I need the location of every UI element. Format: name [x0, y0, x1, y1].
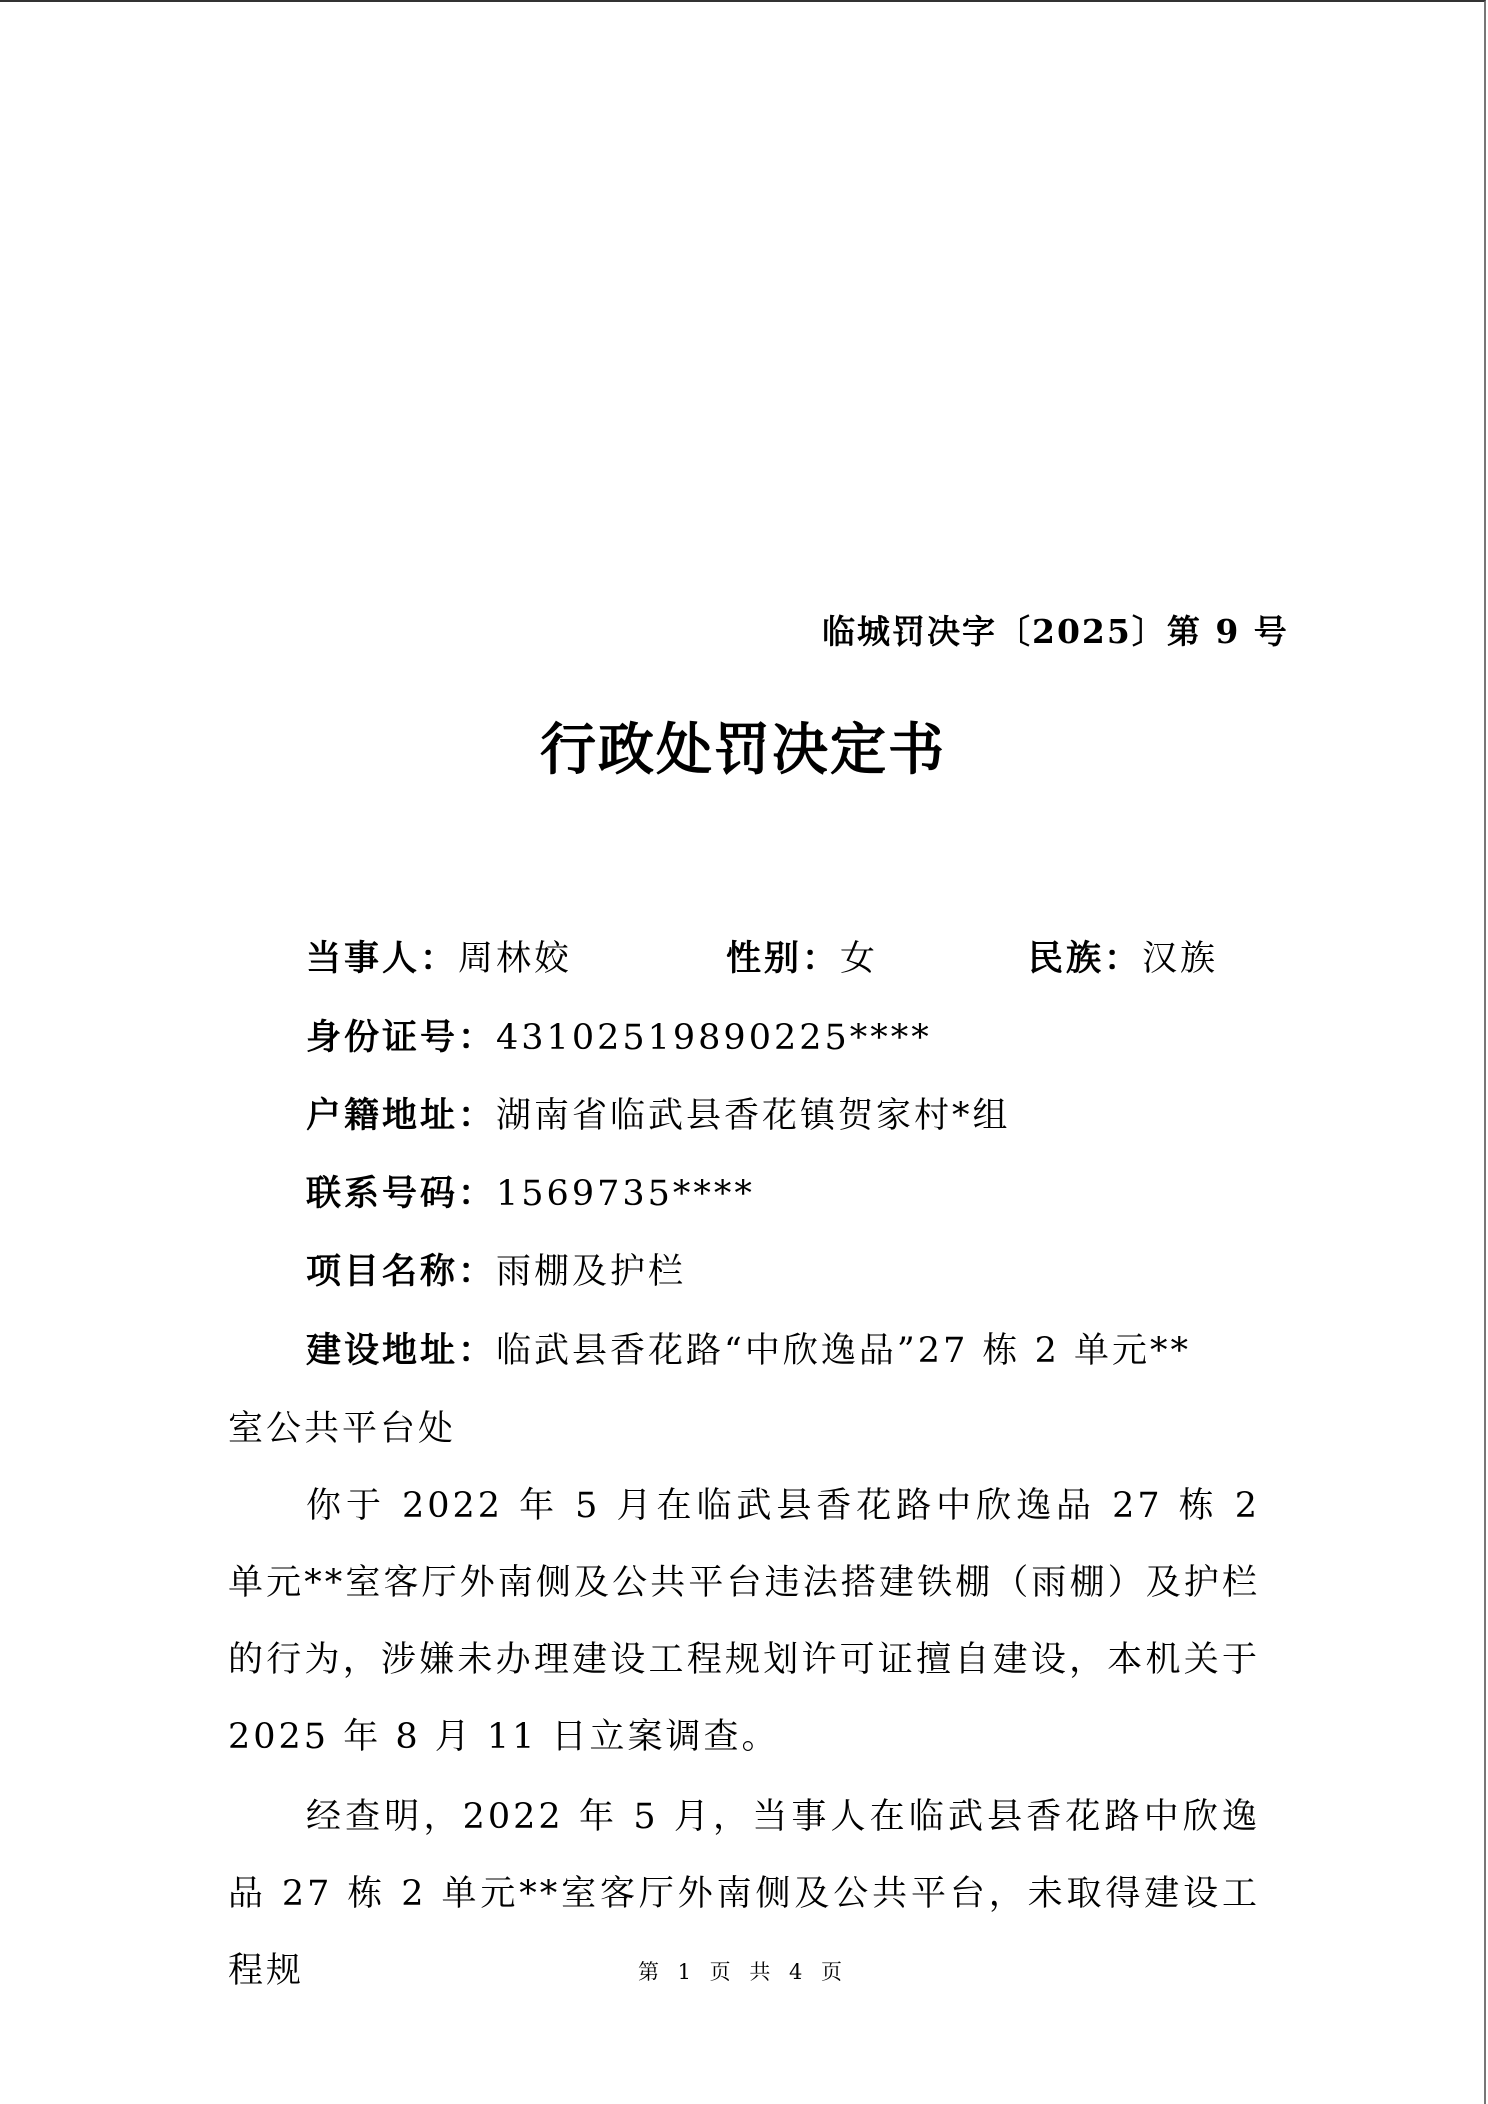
- party-value: 周林姣: [458, 939, 572, 979]
- document-number: 临城罚决字〔2025〕第 9 号: [822, 606, 1289, 653]
- household-address-field: 户籍地址：湖南省临武县香花镇贺家村*组: [306, 1096, 1011, 1136]
- case-paragraph: 你于 2022 年 5 月在临武县香花路中欣逸品 27 栋 2 单元**室客厅外…: [228, 1468, 1260, 1776]
- ethnicity-field: 民族：汉族: [1028, 939, 1218, 979]
- construction-address-label: 建设地址：: [306, 1331, 496, 1371]
- household-address-value: 湖南省临武县香花镇贺家村*组: [496, 1096, 1011, 1136]
- id-number-field: 身份证号：43102519890225****: [306, 1018, 932, 1058]
- page-footer: 第 1 页 共 4 页: [0, 1956, 1486, 1986]
- project-name-field: 项目名称：雨棚及护栏: [306, 1252, 686, 1292]
- construction-address-field: 建设地址：临武县香花路“中欣逸品”27 栋 2 单元**: [306, 1331, 1191, 1371]
- document-title: 行政处罚决定书: [0, 706, 1486, 786]
- phone-value: 1569735****: [496, 1174, 755, 1214]
- construction-address-value: 临武县香花路“中欣逸品”27 栋 2 单元**: [496, 1331, 1191, 1371]
- party-label: 当事人：: [306, 939, 458, 979]
- ethnicity-label: 民族：: [1028, 939, 1142, 979]
- gender-label: 性别：: [726, 939, 840, 979]
- project-name-label: 项目名称：: [306, 1252, 496, 1292]
- household-address-label: 户籍地址：: [306, 1096, 496, 1136]
- construction-address-continuation: 室公共平台处: [228, 1409, 456, 1449]
- ethnicity-value: 汉族: [1142, 939, 1218, 979]
- id-number-value: 43102519890225****: [496, 1018, 932, 1058]
- gender-field: 性别：女: [726, 939, 878, 979]
- phone-field: 联系号码：1569735****: [306, 1174, 755, 1214]
- phone-label: 联系号码：: [306, 1174, 496, 1214]
- project-name-value: 雨棚及护栏: [496, 1252, 686, 1292]
- party-field: 当事人：周林姣: [306, 939, 572, 979]
- document-page: 临城罚决字〔2025〕第 9 号 行政处罚决定书 当事人：周林姣 性别：女 民族…: [0, 0, 1486, 2104]
- gender-value: 女: [840, 939, 878, 979]
- id-number-label: 身份证号：: [306, 1018, 496, 1058]
